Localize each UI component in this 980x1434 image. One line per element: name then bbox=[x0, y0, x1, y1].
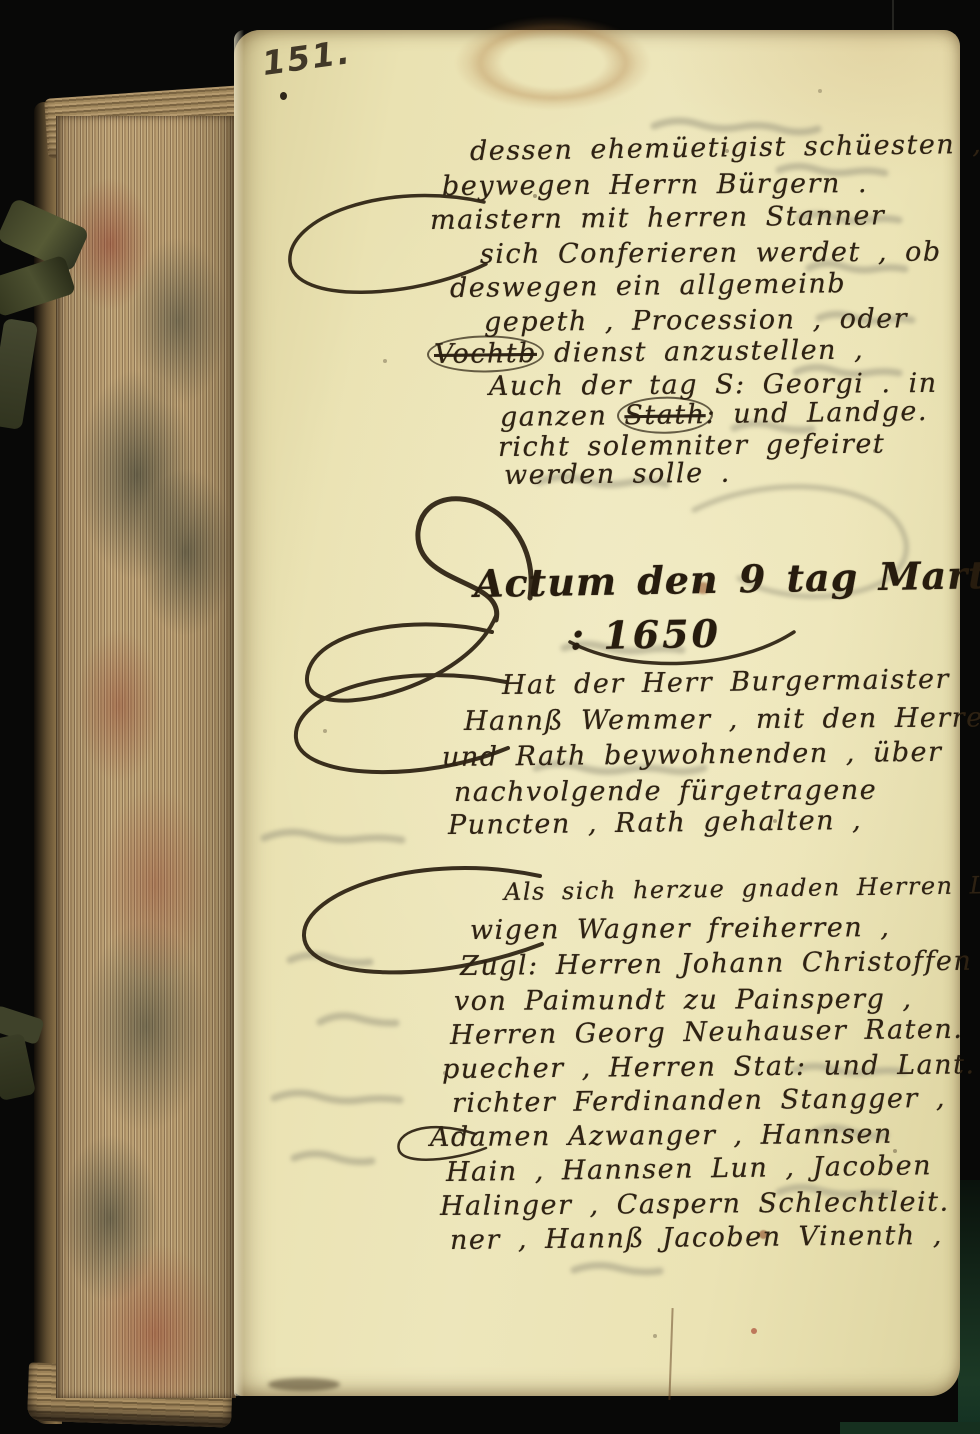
handwritten-text: Hannß Wemmer , mit den Herren bbox=[464, 702, 980, 737]
handwritten-text: Hat der Herr Burgermaister bbox=[502, 664, 950, 701]
photo-scene: 151. dessen ehemüetigist schüesten ,beyw… bbox=[0, 0, 980, 1434]
manuscript-line: ganzen Stath: und Landge. bbox=[500, 396, 928, 433]
book-fore-edge bbox=[56, 116, 236, 1398]
paper-specks bbox=[234, 30, 236, 32]
background-shadow-right bbox=[958, 1180, 980, 1434]
handwritten-text: werden solle . bbox=[504, 458, 731, 491]
handwritten-text: sich Conferieren werdet , ob bbox=[480, 237, 942, 270]
manuscript-line: von Paimundt zu Painsperg , bbox=[454, 984, 913, 1017]
handwritten-text: und Rath beywohnenden , über bbox=[442, 737, 943, 773]
handwritten-text: richter Ferdinanden Stangger , bbox=[452, 1083, 946, 1119]
handwritten-text: ner , Hannß Jacoben Vinenth , bbox=[450, 1220, 943, 1256]
handwritten-text: nachvolgende fürgetragene bbox=[454, 775, 877, 808]
water-stain bbox=[455, 16, 651, 110]
handwritten-text: Herren Georg Neuhauser Raten. bbox=[450, 1014, 964, 1051]
red-speck bbox=[751, 1328, 757, 1334]
handwritten-text: deswegen ein allgemeinb bbox=[450, 268, 846, 304]
handwritten-text: Zugl: Herren Johann Christoffen bbox=[460, 946, 973, 982]
background-shadow-bottom bbox=[840, 1422, 980, 1434]
manuscript-line: ner , Hannß Jacoben Vinenth , bbox=[450, 1220, 943, 1256]
handwritten-text: wigen Wagner freiherren , bbox=[470, 912, 891, 946]
edge-smudge bbox=[268, 1378, 340, 1391]
manuscript-line: Hat der Herr Burgermaister bbox=[502, 664, 950, 701]
manuscript-line: Vochtb dienst anzustellen , bbox=[434, 334, 864, 370]
manuscript-line: werden solle . bbox=[504, 458, 731, 491]
ribbon-tie-upper-tail bbox=[0, 318, 38, 430]
entry-heading-date: Actum den 9 tag Martii . bbox=[474, 551, 980, 606]
manuscript-page: 151. dessen ehemüetigist schüesten ,beyw… bbox=[234, 30, 960, 1396]
entry-heading-year: : 1650 bbox=[570, 611, 722, 659]
manuscript-line: Herren Georg Neuhauser Raten. bbox=[450, 1014, 964, 1051]
struck-word: Stath bbox=[624, 399, 706, 431]
manuscript-line: wigen Wagner freiherren , bbox=[470, 912, 891, 946]
handwritten-text: ganzen bbox=[500, 400, 625, 433]
handwritten-text: Adamen Azwanger , Hannsen bbox=[430, 1119, 893, 1153]
handwritten-text: maistern mit herren Stanner bbox=[430, 200, 886, 236]
struck-word: Vochtb bbox=[434, 338, 537, 370]
handwritten-text: von Paimundt zu Painsperg , bbox=[454, 984, 913, 1017]
manuscript-line: Puncten , Rath gehalten , bbox=[448, 805, 863, 841]
manuscript-line: sich Conferieren werdet , ob bbox=[480, 237, 942, 270]
handwritten-text: Halinger , Caspern Schlechtleit. bbox=[440, 1187, 950, 1222]
handwritten-text: Puncten , Rath gehalten , bbox=[448, 805, 863, 841]
handwritten-text: beywegen Herrn Bürgern . bbox=[442, 168, 868, 202]
manuscript-line: deswegen ein allgemeinb bbox=[450, 268, 846, 304]
handwritten-text: gepeth , Procession , oder bbox=[484, 303, 908, 338]
manuscript-line: Halinger , Caspern Schlechtleit. bbox=[440, 1187, 950, 1222]
manuscript-line: puecher , Herren Stat: und Lant. bbox=[442, 1049, 976, 1085]
manuscript-line: maistern mit herren Stanner bbox=[430, 200, 886, 236]
ink-dot bbox=[280, 92, 287, 100]
manuscript-line: Hannß Wemmer , mit den Herren bbox=[464, 702, 980, 737]
manuscript-line: richter Ferdinanden Stangger , bbox=[452, 1083, 946, 1119]
handwritten-text: dienst anzustellen , bbox=[537, 334, 865, 368]
manuscript-line: beywegen Herrn Bürgern . bbox=[442, 168, 868, 202]
manuscript-line: Adamen Azwanger , Hannsen bbox=[430, 1119, 893, 1153]
manuscript-line: nachvolgende fürgetragene bbox=[454, 775, 877, 808]
manuscript-line: Zugl: Herren Johann Christoffen bbox=[460, 946, 973, 982]
handwritten-text: puecher , Herren Stat: und Lant. bbox=[442, 1049, 976, 1085]
manuscript-line: und Rath beywohnenden , über bbox=[442, 737, 943, 773]
handwritten-text: : und Landge. bbox=[705, 396, 928, 430]
manuscript-line: gepeth , Procession , oder bbox=[484, 303, 908, 338]
